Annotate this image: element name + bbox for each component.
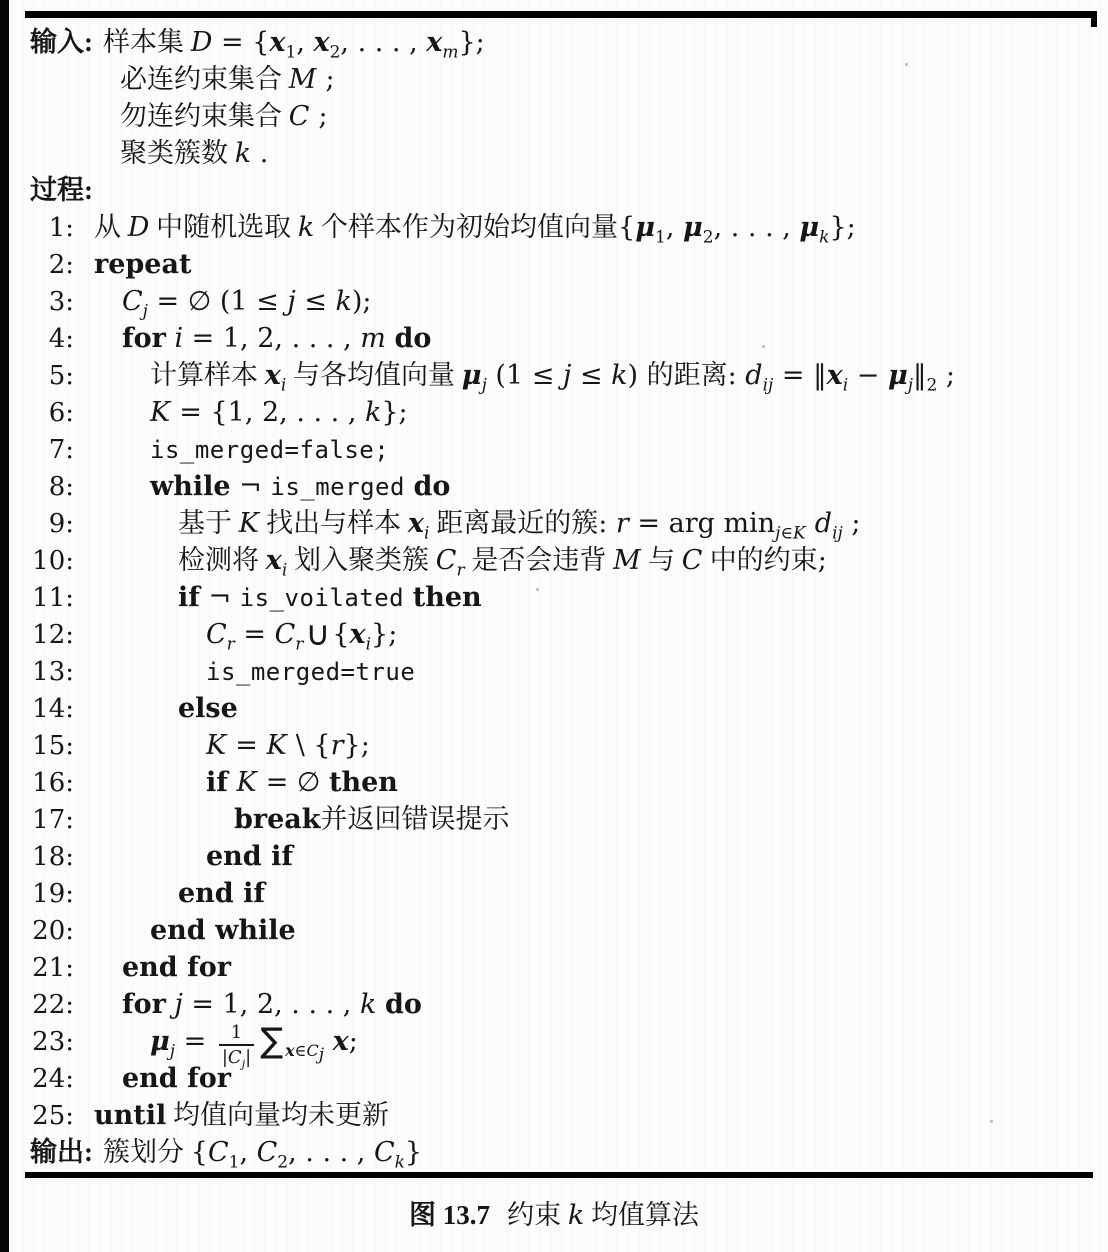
line-number: 21:: [0, 950, 74, 987]
text-run: ‖: [913, 360, 927, 391]
line-number: 24:: [0, 1061, 74, 1098]
subscript: x∈Cj: [285, 1041, 324, 1060]
step-8-content: while ¬ is_merged do: [150, 471, 450, 501]
text-run: ∈: [295, 1041, 307, 1060]
step-16: 16:if K = ∅ then: [0, 764, 1108, 801]
line-number: 15:: [0, 728, 74, 765]
step-23: 23:μj = 1|Cj|∑x∈Cj x;: [0, 1023, 1108, 1060]
step-21-content: end for: [122, 952, 231, 982]
step-2-content: repeat: [94, 249, 191, 279]
step-15-content: K = K \ {r};: [206, 730, 370, 760]
step-6-content: K = {1, 2, . . . , k};: [150, 397, 408, 427]
text-run: [490, 1200, 507, 1231]
step-3-content: Cj = ∅ (1 ≤ j ≤ k);: [122, 286, 372, 316]
text-run: ¬: [200, 582, 240, 613]
text-run: end if: [206, 841, 293, 872]
text-run: 距离最近的簇: [429, 508, 598, 538]
text-run: D: [128, 212, 150, 243]
line-number: 6:: [0, 395, 74, 432]
step-12: 12:Cr = Cr∪{xi};: [0, 616, 1108, 653]
line-number: 17:: [0, 802, 74, 839]
text-run: μ: [888, 360, 908, 391]
text-run: 中的约束: [703, 545, 818, 575]
text-run: [405, 471, 414, 502]
scanned-textbook-page: 输入:样本集 D = {x1, x2, . . . , xm};必连约束集合 M…: [0, 0, 1108, 1252]
step-12-content: Cr = Cr∪{xi};: [206, 619, 397, 649]
text-run: };: [829, 212, 855, 243]
text-run: 中随机选取: [149, 212, 298, 242]
text-run: 均值算法: [584, 1200, 699, 1230]
step-14-content: else: [178, 693, 238, 723]
text-run: C: [206, 619, 227, 650]
algorithm-box-bottom-rule: [25, 1172, 1093, 1178]
text-run: }: [405, 1137, 422, 1168]
line-number: 22:: [0, 987, 74, 1024]
step-14: 14:else: [0, 690, 1108, 727]
step-18-content: end if: [206, 841, 293, 871]
text-run: D: [191, 27, 213, 58]
output-line: 输出:簇划分 {C1, C2, . . . , Ck}: [0, 1134, 1108, 1171]
text-run: = 1, 2, . . . ,: [183, 989, 360, 1020]
text-run: d: [745, 360, 762, 391]
text-run: ,: [666, 212, 683, 243]
text-run: 找出与样本: [259, 508, 408, 538]
subscript: 1: [229, 1152, 240, 1172]
text-run: is_voilated: [240, 584, 404, 612]
text-run: is_merged=true: [206, 658, 415, 686]
step-19: 19:end if: [0, 875, 1108, 912]
step-24-content: end for: [122, 1063, 231, 1093]
text-run: 是否会违背: [465, 545, 614, 575]
text-run: d: [815, 508, 832, 539]
text-run: ,: [296, 27, 313, 58]
step-18: 18:end if: [0, 838, 1108, 875]
step-13: 13:is_merged=true: [0, 653, 1108, 690]
line-number: 7:: [0, 432, 74, 469]
step-11-content: if ¬ is_voilated then: [178, 582, 482, 612]
text-run: repeat: [94, 249, 191, 280]
text-run: x: [285, 1041, 295, 1060]
figure-caption: 图 13.7 约束 k 均值算法: [0, 1198, 1108, 1233]
text-run: 与各均值向量: [286, 360, 462, 390]
text-run: 样本集: [103, 27, 191, 57]
text-run: r: [331, 730, 344, 761]
text-run: [404, 582, 413, 613]
text-run: {: [618, 212, 635, 243]
text-run: i: [174, 323, 183, 354]
text-run: k: [365, 397, 381, 428]
text-run: x: [266, 545, 282, 576]
text-run: = ∅: [257, 767, 329, 798]
text-run: ;: [843, 508, 861, 539]
text-run: [376, 989, 385, 1020]
text-run: =: [235, 619, 275, 650]
text-run: if: [178, 582, 200, 613]
step-16-content: if K = ∅ then: [206, 767, 398, 797]
line-number: 1:: [0, 210, 74, 247]
subscript: ij: [832, 523, 843, 543]
line-number: 8:: [0, 469, 74, 506]
line-number: 5:: [0, 358, 74, 395]
step-10: 10:检测将 xi 划入聚类簇 Cr 是否会违背 M 与 C 中的约束;: [0, 542, 1108, 579]
input-cannotlink-content: 勿连约束集合 C ;: [120, 101, 328, 131]
text-run: j: [174, 989, 182, 1020]
subscript: r: [456, 560, 464, 580]
text-run: :: [598, 508, 616, 539]
text-run: [806, 508, 815, 539]
text-run: k: [568, 1200, 584, 1231]
text-run: K: [239, 508, 260, 539]
text-run: 必连约束集合: [120, 64, 289, 94]
text-run: K: [793, 523, 806, 543]
text-run: C: [257, 1137, 278, 1168]
step-20: 20:end while: [0, 912, 1108, 949]
line-number: 23:: [0, 1024, 74, 1061]
text-run: μ: [799, 212, 819, 243]
text-run: x: [408, 508, 424, 539]
text-run: ;: [310, 101, 328, 132]
text-run: is_merged=false;: [150, 436, 389, 464]
step-17-content: break并返回错误提示: [234, 804, 509, 834]
text-run: while: [150, 471, 231, 502]
step-7-content: is_merged=false;: [150, 434, 389, 464]
step-21: 21:end for: [0, 949, 1108, 986]
line-number: 14:: [0, 691, 74, 728]
text-run: C: [374, 1137, 395, 1168]
text-run: for: [122, 989, 166, 1020]
text-run: 划入聚类簇: [287, 545, 436, 575]
text-run: ≤: [571, 360, 611, 391]
subscript: 2: [277, 1152, 288, 1172]
big-operator: ∪: [303, 614, 332, 654]
text-run: ,: [239, 1137, 256, 1168]
text-run: C: [208, 1137, 229, 1168]
text-run: ;: [937, 360, 955, 391]
big-operator: ∑: [258, 1021, 285, 1061]
text-run: r: [616, 508, 629, 539]
line-number: 2:: [0, 247, 74, 284]
line-number: 4:: [0, 321, 74, 358]
step-6: 6:K = {1, 2, . . . , k};: [0, 394, 1108, 431]
text-run: for: [122, 323, 166, 354]
line-number: 25:: [0, 1098, 74, 1135]
text-run: C: [289, 101, 310, 132]
text-run: ;: [818, 545, 827, 576]
text-run: = arg min: [629, 508, 775, 539]
text-run: μ: [635, 212, 655, 243]
step-17: 17:break并返回错误提示: [0, 801, 1108, 838]
text-run: ¬: [231, 471, 271, 502]
line-number: 16:: [0, 765, 74, 802]
text-run: 1: [231, 1022, 242, 1043]
scan-speck: [762, 345, 765, 348]
text-run: ;: [349, 1026, 358, 1057]
subscript: j∈K: [775, 523, 806, 543]
process-header: 过程:: [0, 172, 1108, 209]
text-run: = {: [212, 27, 269, 58]
subscript: k: [395, 1152, 405, 1172]
text-run: 个样本作为初始均值向量: [314, 212, 618, 242]
step-22: 22:for j = 1, 2, . . . , k do: [0, 986, 1108, 1023]
step-13-content: is_merged=true: [206, 656, 415, 686]
subscript: r: [227, 634, 235, 654]
text-run: \ {: [287, 730, 330, 761]
text-run: :: [728, 360, 746, 391]
text-run: x: [269, 27, 285, 58]
text-run: , . . . ,: [288, 1137, 374, 1168]
text-run: , . . . ,: [714, 212, 800, 243]
process-header-label: 过程:: [30, 175, 93, 205]
step-22-content: for j = 1, 2, . . . , k do: [122, 989, 422, 1019]
step-15: 15:K = K \ {r};: [0, 727, 1108, 764]
text-run: k: [360, 989, 376, 1020]
text-run: x: [350, 619, 366, 650]
step-1: 1:从 D 中随机选取 k 个样本作为初始均值向量{μ1, μ2, . . . …: [0, 209, 1108, 246]
text-run: };: [458, 27, 484, 58]
text-run: k: [611, 360, 627, 391]
text-run: m: [360, 323, 386, 354]
input-cluster-count: 聚类簇数 k .: [0, 135, 1108, 172]
step-9-content: 基于 K 找出与样本 xi 距离最近的簇: r = arg minj∈K dij…: [178, 508, 861, 538]
text-run: = {1, 2, . . . ,: [171, 397, 365, 428]
line-number: 12:: [0, 617, 74, 654]
step-24: 24:end for: [0, 1060, 1108, 1097]
text-run: 簇划分: [103, 1137, 191, 1167]
text-run: x: [313, 27, 329, 58]
step-4: 4:for i = 1, 2, . . . , m do: [0, 320, 1108, 357]
step-5: 5:计算样本 xi 与各均值向量 μj (1 ≤ j ≤ k) 的距离: dij…: [0, 357, 1108, 394]
line-number: 11:: [0, 580, 74, 617]
text-run: 聚类簇数: [120, 138, 235, 168]
text-run: );: [352, 286, 372, 317]
text-run: = ∅ (1 ≤: [148, 286, 287, 317]
text-run: ): [627, 360, 646, 391]
text-run: μ: [150, 1026, 170, 1057]
output-line-label: 输出:: [30, 1137, 93, 1167]
text-run: x: [827, 360, 843, 391]
text-run: then: [413, 582, 482, 613]
text-run: C: [122, 286, 143, 317]
text-run: k: [235, 138, 251, 169]
text-run: 的距离: [647, 360, 728, 390]
text-run: 图 13.7: [409, 1200, 490, 1230]
text-run: else: [178, 693, 238, 724]
text-run: C: [682, 545, 703, 576]
text-run: = ‖: [773, 360, 826, 391]
step-10-content: 检测将 xi 划入聚类簇 Cr 是否会违背 M 与 C 中的约束;: [178, 545, 827, 575]
input-mustlink: 必连约束集合 M ;: [0, 61, 1108, 98]
text-run: C: [275, 619, 296, 650]
input-header-label: 输入:: [30, 27, 93, 57]
step-9: 9:基于 K 找出与样本 xi 距离最近的簇: r = arg minj∈K d…: [0, 505, 1108, 542]
text-run: C: [307, 1041, 319, 1060]
text-run: };: [371, 619, 397, 650]
text-run: 从: [94, 212, 128, 242]
subscript: 2: [927, 375, 938, 395]
step-8: 8:while ¬ is_merged do: [0, 468, 1108, 505]
text-run: break: [234, 804, 320, 835]
text-run: [324, 1026, 333, 1057]
text-run: 并返回错误提示: [320, 804, 509, 834]
step-25-content: until 均值向量均未更新: [94, 1100, 389, 1130]
text-run: 检测将: [178, 545, 266, 575]
text-run: −: [848, 360, 888, 391]
line-number: 3:: [0, 284, 74, 321]
text-run: x: [265, 360, 281, 391]
subscript: 1: [285, 42, 296, 62]
text-run: C: [436, 545, 457, 576]
subscript: k: [819, 227, 829, 247]
subscript: ij: [763, 375, 774, 395]
text-run: end for: [122, 952, 231, 983]
output-line-content: 簇划分 {C1, C2, . . . , Ck}: [103, 1137, 422, 1167]
text-run: (1 ≤: [487, 360, 563, 391]
text-run: do: [394, 323, 431, 354]
text-run: do: [385, 989, 422, 1020]
line-number: 18:: [0, 839, 74, 876]
subscript: 1: [655, 227, 666, 247]
step-7: 7:is_merged=false;: [0, 431, 1108, 468]
text-run: end for: [122, 1063, 231, 1094]
step-4-content: for i = 1, 2, . . . , m do: [122, 323, 431, 353]
text-run: k: [336, 286, 352, 317]
input-mustlink-content: 必连约束集合 M ;: [120, 64, 335, 94]
text-run: };: [381, 397, 407, 428]
text-run: μ: [683, 212, 703, 243]
text-run: ≤: [296, 286, 336, 317]
line-number: 10:: [0, 543, 74, 580]
algorithm-box-top-rule: [25, 11, 1097, 18]
text-run: };: [344, 730, 370, 761]
text-run: if: [206, 767, 228, 798]
line-number: 20:: [0, 913, 74, 950]
step-3: 3:Cj = ∅ (1 ≤ j ≤ k);: [0, 283, 1108, 320]
text-run: K: [266, 730, 287, 761]
text-run: until: [94, 1100, 166, 1131]
subscript: m: [442, 42, 458, 62]
step-11: 11:if ¬ is_voilated then: [0, 579, 1108, 616]
scan-speck: [905, 63, 908, 66]
text-run: M: [613, 545, 641, 576]
subscript: 2: [703, 227, 714, 247]
text-run: x: [426, 27, 442, 58]
text-run: x: [333, 1026, 349, 1057]
input-header-content: 样本集 D = {x1, x2, . . . , xm};: [103, 27, 485, 57]
text-run: is_merged: [270, 473, 405, 501]
text-run: 勿连约束集合: [120, 101, 289, 131]
text-run: 与: [641, 545, 682, 575]
input-cluster-count-content: 聚类簇数 k .: [120, 138, 268, 168]
text-run: .: [251, 138, 268, 169]
step-23-content: μj = 1|Cj|∑x∈Cj x;: [150, 1026, 358, 1056]
text-run: {: [191, 1137, 208, 1168]
text-run: μ: [462, 360, 482, 391]
algorithm-body: 输入:样本集 D = {x1, x2, . . . , xm};必连约束集合 M…: [0, 24, 1108, 1171]
input-cannotlink: 勿连约束集合 C ;: [0, 98, 1108, 135]
step-25: 25:until 均值向量均未更新: [0, 1097, 1108, 1134]
text-run: K: [150, 397, 171, 428]
scan-speck: [536, 588, 539, 591]
step-5-content: 计算样本 xi 与各均值向量 μj (1 ≤ j ≤ k) 的距离: dij =…: [150, 360, 955, 390]
step-2: 2:repeat: [0, 246, 1108, 283]
text-run: do: [414, 471, 451, 502]
subscript: 2: [330, 42, 341, 62]
text-run: ;: [317, 64, 335, 95]
step-19-content: end if: [178, 878, 265, 908]
text-run: = 1, 2, . . . ,: [183, 323, 360, 354]
text-run: 计算样本: [150, 360, 265, 390]
text-run: k: [298, 212, 314, 243]
text-run: 约束: [507, 1200, 568, 1230]
line-number: 19:: [0, 876, 74, 913]
scan-speck: [990, 1120, 993, 1123]
text-run: end while: [150, 915, 296, 946]
text-run: ∈: [780, 523, 793, 543]
step-20-content: end while: [150, 915, 296, 945]
text-run: {: [332, 619, 349, 650]
text-run: =: [175, 1026, 215, 1057]
text-run: M: [289, 64, 317, 95]
line-number: 9:: [0, 506, 74, 543]
input-header: 输入:样本集 D = {x1, x2, . . . , xm};: [0, 24, 1108, 61]
text-run: 均值向量均未更新: [166, 1100, 389, 1130]
text-run: |: [245, 1047, 251, 1068]
text-run: =: [227, 730, 267, 761]
text-run: K: [236, 767, 257, 798]
text-run: end if: [178, 878, 265, 909]
text-run: K: [206, 730, 227, 761]
text-run: j: [287, 286, 295, 317]
line-number: 13:: [0, 654, 74, 691]
text-run: , . . . ,: [340, 27, 426, 58]
text-run: 基于: [178, 508, 239, 538]
step-1-content: 从 D 中随机选取 k 个样本作为初始均值向量{μ1, μ2, . . . , …: [94, 212, 856, 242]
text-run: then: [329, 767, 398, 798]
